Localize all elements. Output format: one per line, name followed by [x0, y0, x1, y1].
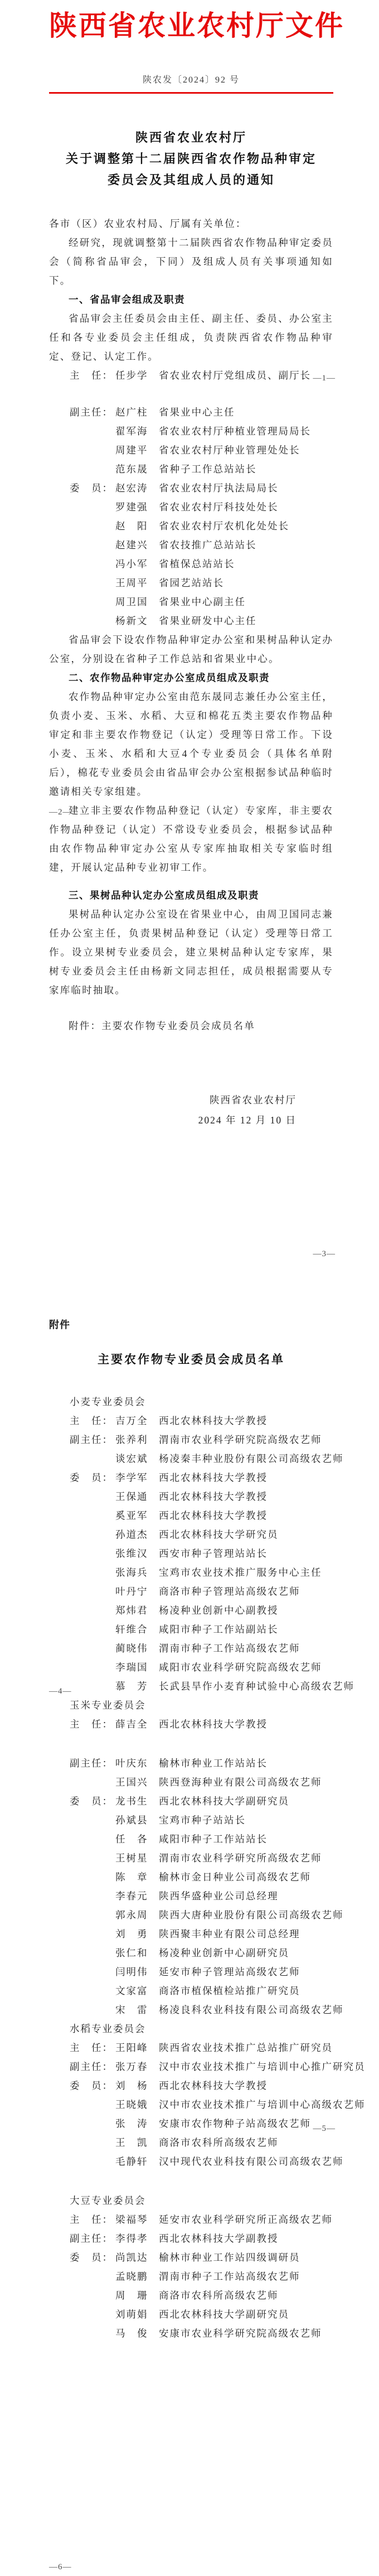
member-row: 王国兴 陕西登海种业有限公司高级农艺师: [49, 1773, 333, 1792]
member-organization: 省种子工作总站站长: [159, 460, 333, 479]
document-content: 陕西省农业农村厅文件 陕农发〔2024〕92 号 陕西省农业农村厅 关于调整第十…: [0, 0, 379, 2343]
member-name: 陈 章: [115, 1868, 159, 1887]
member-organization: 省农业农村厅种业管理处处长: [159, 441, 333, 460]
member-row: 谈宏斌 杨凌秦丰种业股份有限公司高级农艺师: [49, 1449, 333, 1468]
section-3-paragraph-1: 果树品种认定办公室设在省果业中心，由周卫国同志兼任办公室主任，负责果树品种登记（…: [49, 905, 333, 1000]
member-role-label: 主 任：: [70, 1411, 115, 1430]
member-name: 王国兴: [115, 1773, 159, 1792]
committee-wheat-members: 主 任： 吉万全 西北农林科技大学教授 副主任： 张养利 渭南市农业科学研究院高…: [49, 1411, 333, 1696]
member-organization: 省农业农村厅执法局局长: [159, 479, 333, 498]
attachment-label: 附件: [49, 1315, 333, 1334]
member-name: 刘萌娟: [115, 2305, 159, 2324]
member-organization: 西北农林科技大学副研究员: [159, 2305, 333, 2324]
member-role-label: [70, 2305, 115, 2324]
member-row: 张维汉 西安市种子管理站站长: [49, 1544, 333, 1563]
member-role-label: [70, 2114, 115, 2133]
member-name: 宋 雷: [115, 2000, 159, 2019]
member-organization: 西北农林科技大学教授: [159, 1468, 333, 1487]
member-organization: 渭南市种子工作站高级农艺师: [159, 2267, 333, 2286]
member-name: 赵建兴: [115, 536, 159, 554]
member-row: 副主任： 李得孝 西北农林科技大学副教授: [49, 2229, 333, 2248]
letterhead-organ-title: 陕西省农业农村厅文件: [49, 6, 333, 46]
member-name: 李学军: [115, 1468, 159, 1487]
member-organization: 西北农林科技大学教授: [159, 1715, 333, 1734]
member-row: 委 员： 龙书生 西北农林科技大学副研究员: [49, 1792, 333, 1811]
member-role-label: 主 任：: [70, 1715, 115, 1734]
member-organization: 咸阳市农业科学研究院高级农艺师: [159, 1658, 333, 1677]
member-row: 委 员： 刘 杨 西北农林科技大学教授: [49, 2076, 333, 2095]
committee-wheat: 小麦专业委员会 主 任： 吉万全 西北农林科技大学教授 副主任： 张养利: [49, 1392, 333, 1696]
member-row: 周卫国 省果业中心副主任: [49, 592, 333, 611]
member-name: 孙道杰: [115, 1525, 159, 1544]
member-role-label: 副主任：: [70, 2229, 115, 2248]
member-name: 孟晓鹏: [115, 2267, 159, 2286]
member-row: 刘萌娟 西北农林科技大学副研究员: [49, 2305, 333, 2324]
member-name: 赵宏涛: [115, 479, 159, 498]
member-name: 孙斌县: [115, 1811, 159, 1830]
member-row: 毛静轩 汉中现代农业科技有限公司高级农艺师: [49, 2152, 333, 2171]
member-row: 主 任： 梁福琴 延安市农业科学研究所正高级农艺师: [49, 2210, 333, 2229]
member-organization: 省果业中心主任: [159, 403, 333, 422]
member-name: 奚亚军: [115, 1506, 159, 1525]
member-role-label: 副主任：: [70, 1430, 115, 1449]
member-name: 刘 勇: [115, 1924, 159, 1943]
member-name: 王周平: [115, 573, 159, 592]
member-role-label: 委 员：: [70, 479, 115, 498]
member-role-label: 主 任：: [70, 366, 115, 385]
member-role-label: [70, 1639, 115, 1658]
committee-corn-name: 玉米专业委员会: [49, 1696, 333, 1715]
member-role-label: 副主任：: [70, 403, 115, 422]
member-role-label: [70, 1868, 115, 1887]
member-name: 张万春: [115, 2057, 159, 2076]
committee-corn: 玉米专业委员会 主 任： 薛吉全 西北农林科技大学教授 副主任： 叶庆东: [49, 1696, 333, 2019]
member-role-label: [70, 1582, 115, 1601]
member-row: 周 珊 商洛市农科所高级农艺师: [49, 2286, 333, 2305]
member-organization: 延安市种子管理站高级农艺师: [159, 1962, 333, 1981]
member-role-label: [70, 2324, 115, 2343]
member-row: 陈 章 榆林市金日种业公司高级农艺师: [49, 1868, 333, 1887]
member-role-label: [70, 1924, 115, 1943]
member-role-label: [70, 1544, 115, 1563]
doc-title: 陕西省农业农村厅 关于调整第十二届陕西省农作物品种审定 委员会及其组成人员的通知: [49, 127, 333, 191]
member-name: 龙书生: [115, 1792, 159, 1811]
member-organization: 汉中市农业技术推广与培训中心高级农艺师: [159, 2095, 366, 2114]
leadership-member-list: 主 任： 任步学 省农业农村厅党组成员、副厅长 副主任： 赵广柱 省果业中心主任…: [49, 366, 333, 630]
member-name: 慕 芳: [115, 1677, 159, 1696]
member-name: 张维汉: [115, 1544, 159, 1563]
member-organization: 榆林市金日种业公司高级农艺师: [159, 1868, 333, 1887]
member-row: 周建平 省农业农村厅种业管理处处长: [49, 441, 333, 460]
member-row: 王保通 西北农林科技大学教授: [49, 1487, 333, 1506]
committee-soybean-name: 大豆专业委员会: [49, 2191, 333, 2210]
member-organization: 榆林市种业工作站站长: [159, 1754, 333, 1773]
section-3-heading: 三、果树品种认定办公室成员组成及职责: [49, 886, 333, 905]
member-name: 王阳峰: [115, 2038, 159, 2057]
member-organization: 宝鸡市农业技术推广服务中心主任: [159, 1563, 333, 1582]
member-row: 刘 勇 陕西聚丰种业有限公司总经理: [49, 1924, 333, 1943]
member-name: 王晓娥: [115, 2095, 159, 2114]
member-name: 赵广柱: [115, 403, 159, 422]
member-organization: 西北农林科技大学副研究员: [159, 1792, 333, 1811]
member-organization: 延安市农业科学研究所正高级农艺师: [159, 2210, 333, 2229]
member-name: 叶丹宁: [115, 1582, 159, 1601]
member-name: 杨新文: [115, 611, 159, 630]
member-row: 文家富 商洛市植保植检站推广研究员: [49, 1981, 333, 2000]
member-name: 任步学: [115, 366, 159, 385]
member-organization: 陕西聚丰种业有限公司总经理: [159, 1924, 333, 1943]
member-row: 蔺晓伟 渭南市种子工作站高级农艺师: [49, 1639, 333, 1658]
member-organization: 商洛市农科所高级农艺师: [159, 2286, 333, 2305]
member-organization: 汉中市农业技术推广与培训中心推广研究员: [159, 2057, 366, 2076]
member-name: 冯小军: [115, 554, 159, 573]
member-organization: 咸阳市种子工作站站长: [159, 1830, 333, 1849]
member-organization: 杨凌秦丰种业股份有限公司高级农艺师: [159, 1449, 344, 1468]
member-name: 王保通: [115, 1487, 159, 1506]
member-name: 李春元: [115, 1887, 159, 1906]
member-name: 赵 阳: [115, 517, 159, 536]
member-role-label: [70, 2267, 115, 2286]
member-row: 副主任： 张万春 汉中市农业技术推广与培训中心推广研究员: [49, 2057, 333, 2076]
member-role-label: [70, 1943, 115, 1962]
member-organization: 陕西省农业技术推广总站推广研究员: [159, 2038, 333, 2057]
member-role-label: 副主任：: [70, 1754, 115, 1773]
member-organization: 西北农林科技大学副教授: [159, 2229, 333, 2248]
member-name: 叶庆东: [115, 1754, 159, 1773]
member-name: 范东晟: [115, 460, 159, 479]
member-organization: 西安市种子管理站站长: [159, 1544, 333, 1563]
doc-title-line-2: 关于调整第十二届陕西省农作物品种审定: [49, 148, 333, 170]
member-organization: 西北农林科技大学教授: [159, 2076, 333, 2095]
member-name: 周建平: [115, 441, 159, 460]
member-row: 王树星 渭南市农业科学研究所高级农艺师: [49, 1849, 333, 1868]
member-role-label: 副主任：: [70, 2057, 115, 2076]
member-role-label: [70, 517, 115, 536]
member-name: 张海兵: [115, 1563, 159, 1582]
member-role-label: 委 员：: [70, 2248, 115, 2267]
committee-rice: 水稻专业委员会 主 任： 王阳峰 陕西省农业技术推广总站推广研究员 副主任： 张…: [49, 2019, 333, 2171]
salutation: 各市（区）农业农村局、厅属有关单位：: [49, 214, 333, 233]
member-row: 翟军海 省农业农村厅种植业管理局局长: [49, 422, 333, 441]
member-name: 毛静轩: [115, 2152, 159, 2171]
member-role-label: [70, 2133, 115, 2152]
attachment-note: 附件：主要农作物专业委员会成员名单: [49, 1016, 333, 1035]
member-name: 罗建强: [115, 498, 159, 517]
section-1-heading: 一、省品审会组成及职责: [49, 290, 333, 309]
member-row: 王晓娥 汉中市农业技术推广与培训中心高级农艺师: [49, 2095, 333, 2114]
member-name: 梁福琴: [115, 2210, 159, 2229]
member-name: 郑炜君: [115, 1601, 159, 1620]
member-organization: 渭南市农业科学研究所高级农艺师: [159, 1849, 333, 1868]
member-row: 杨新文 省果业研发中心主任: [49, 611, 333, 630]
member-row: 冯小军 省植保总站站长: [49, 554, 333, 573]
member-name: 马 俊: [115, 2324, 159, 2343]
member-row: 奚亚军 西北农林科技大学教授: [49, 1506, 333, 1525]
intro-paragraph: 经研究，现就调整第十二届陕西省农作物品种审定委员会（简称省品审会，下同）及组成人…: [49, 233, 333, 290]
member-row: 慕 芳 长武县旱作小麦育种试验中心高级农艺师: [49, 1677, 333, 1696]
member-organization: 省植保总站站长: [159, 554, 333, 573]
member-row: 范东晟 省种子工作总站站长: [49, 460, 333, 479]
member-row: 罗建强 省农业农村厅科技处处长: [49, 498, 333, 517]
member-organization: 省农业农村厅科技处处长: [159, 498, 333, 517]
member-name: 刘 杨: [115, 2076, 159, 2095]
member-organization: 省果业中心副主任: [159, 592, 333, 611]
section-2-paragraph-1: 农作物品种审定办公室由范东晟同志兼任办公室主任，负责小麦、玉米、水稻、大豆和棉花…: [49, 687, 333, 801]
doc-title-line-3: 委员会及其组成人员的通知: [49, 170, 333, 191]
member-organization: 商洛市农科所高级农艺师: [159, 2133, 333, 2152]
member-row: 委 员： 赵宏涛 省农业农村厅执法局局长: [49, 479, 333, 498]
page-number: —6—: [49, 2563, 72, 2572]
member-name: 李瑞国: [115, 1658, 159, 1677]
section-2-paragraph-2: 建立非主要农作物品种登记（认定）专家库，非主要农作物品种登记（认定）不常设专业委…: [49, 801, 333, 877]
member-row: 张 涛 安康市农作物种子站高级农艺师: [49, 2114, 333, 2133]
member-role-label: [70, 2152, 115, 2171]
member-name: 李得孝: [115, 2229, 159, 2248]
committee-wheat-name: 小麦专业委员会: [49, 1392, 333, 1411]
member-role-label: [70, 1773, 115, 1792]
member-name: 轩维合: [115, 1620, 159, 1639]
member-row: 委 员： 尚凯达 榆林市种业工作站四级调研员: [49, 2248, 333, 2267]
member-role-label: [70, 1830, 115, 1849]
member-name: 王 凯: [115, 2133, 159, 2152]
member-row: 闫明伟 延安市种子管理站高级农艺师: [49, 1962, 333, 1981]
member-role-label: [70, 1658, 115, 1677]
member-role-label: 委 员：: [70, 2076, 115, 2095]
member-row: 李春元 陕西华盛种业公司总经理: [49, 1887, 333, 1906]
member-row: 郑炜君 杨凌种业创新中心副教授: [49, 1601, 333, 1620]
member-name: 蔺晓伟: [115, 1639, 159, 1658]
member-row: 郭永周 陕西大唐种业股份有限公司高级农艺师: [49, 1906, 333, 1924]
member-role-label: [70, 441, 115, 460]
member-name: 张 涛: [115, 2114, 159, 2133]
member-name: 谈宏斌: [115, 1449, 159, 1468]
member-role-label: [70, 1563, 115, 1582]
member-organization: 西北农林科技大学研究员: [159, 1525, 333, 1544]
member-row: 主 任： 薛吉全 西北农林科技大学教授: [49, 1715, 333, 1734]
member-role-label: [70, 573, 115, 592]
member-role-label: 主 任：: [70, 2210, 115, 2229]
member-organization: 省农业农村厅农机化处处长: [159, 517, 333, 536]
member-organization: 长武县旱作小麦育种试验中心高级农艺师: [159, 1677, 354, 1696]
member-organization: 杨凌种业创新中心副教授: [159, 1601, 333, 1620]
doc-title-line-1: 陕西省农业农村厅: [49, 127, 333, 148]
member-name: 王树星: [115, 1849, 159, 1868]
member-name: 周 珊: [115, 2286, 159, 2305]
member-organization: 西北农林科技大学教授: [159, 1487, 333, 1506]
member-name: 吉万全: [115, 1411, 159, 1430]
member-name: 郭永周: [115, 1906, 159, 1924]
member-row: 主 任： 任步学 省农业农村厅党组成员、副厅长: [49, 366, 333, 385]
member-row: 王周平 省园艺站站长: [49, 573, 333, 592]
member-name: 翟军海: [115, 422, 159, 441]
member-row: 副主任： 赵广柱 省果业中心主任: [49, 403, 333, 422]
committee-rice-name: 水稻专业委员会: [49, 2019, 333, 2038]
member-row: 赵 阳 省农业农村厅农机化处处长: [49, 517, 333, 536]
committee-soybean-members: 主 任： 梁福琴 延安市农业科学研究所正高级农艺师 副主任： 李得孝 西北农林科…: [49, 2210, 333, 2343]
member-row: 叶丹宁 商洛市种子管理站高级农艺师: [49, 1582, 333, 1601]
member-row: 王 凯 商洛市农科所高级农艺师: [49, 2133, 333, 2152]
member-role-label: [70, 2095, 115, 2114]
member-role-label: 主 任：: [70, 2038, 115, 2057]
member-role-label: [70, 422, 115, 441]
committee-soybean: 大豆专业委员会 主 任： 梁福琴 延安市农业科学研究所正高级农艺师 副主任： 李…: [49, 2191, 333, 2343]
member-row: 主 任： 吉万全 西北农林科技大学教授: [49, 1411, 333, 1430]
member-organization: 商洛市种子管理站高级农艺师: [159, 1582, 333, 1601]
member-row: 副主任： 张养利 渭南市农业科学研究院高级农艺师: [49, 1430, 333, 1449]
doc-number: 陕农发〔2024〕92 号: [49, 73, 333, 85]
member-role-label: [70, 1849, 115, 1868]
member-organization: 陕西华盛种业公司总经理: [159, 1887, 333, 1906]
signature-date: 2024 年 12 月 10 日: [49, 1110, 297, 1130]
member-role-label: [70, 536, 115, 554]
doc-body: 各市（区）农业农村局、厅属有关单位： 经研究，现就调整第十二届陕西省农作物品种审…: [49, 214, 333, 2343]
member-organization: 省农业农村厅种植业管理局局长: [159, 422, 333, 441]
attachment-title: 主要农作物专业委员会成员名单: [49, 1349, 333, 1370]
member-role-label: 委 员：: [70, 1468, 115, 1487]
committee-rice-members: 主 任： 王阳峰 陕西省农业技术推广总站推广研究员 副主任： 张万春 汉中市农业…: [49, 2038, 333, 2171]
member-organization: 杨凌良科农业科技有限公司高级农艺师: [159, 2000, 344, 2019]
member-role-label: [70, 1525, 115, 1544]
member-row: 副主任： 叶庆东 榆林市种业工作站站长: [49, 1754, 333, 1773]
member-row: 孟晓鹏 渭南市种子工作站高级农艺师: [49, 2267, 333, 2286]
member-role-label: [70, 1449, 115, 1468]
member-organization: 安康市农业科学研究院高级农艺师: [159, 2324, 333, 2343]
member-name: 任 各: [115, 1830, 159, 1849]
page-number-label: —6—: [49, 2563, 72, 2572]
member-organization: 省农业农村厅党组成员、副厅长: [159, 366, 333, 385]
member-organization: 省果业研发中心主任: [159, 611, 333, 630]
member-organization: 宝鸡市种子站站长: [159, 1811, 333, 1830]
member-row: 委 员： 李学军 西北农林科技大学教授: [49, 1468, 333, 1487]
member-organization: 商洛市植保植检站推广研究员: [159, 1981, 333, 2000]
member-role-label: 委 员：: [70, 1792, 115, 1811]
member-organization: 杨凌种业创新中心副研究员: [159, 1943, 333, 1962]
member-role-label: [70, 1601, 115, 1620]
member-row: 赵建兴 省农技推广总站站长: [49, 536, 333, 554]
document-page: 陕西省农业农村厅文件 陕农发〔2024〕92 号 陕西省农业农村厅 关于调整第十…: [0, 0, 379, 2576]
member-organization: 陕西大唐种业股份有限公司高级农艺师: [159, 1906, 344, 1924]
member-role-label: [70, 592, 115, 611]
member-name: 尚凯达: [115, 2248, 159, 2267]
member-organization: 渭南市种子工作站高级农艺师: [159, 1639, 333, 1658]
member-organization: 西北农林科技大学教授: [159, 1411, 333, 1430]
member-role-label: [70, 1811, 115, 1830]
member-role-label: [70, 460, 115, 479]
member-row: 任 各 咸阳市种子工作站站长: [49, 1830, 333, 1849]
member-organization: 榆林市种业工作站四级调研员: [159, 2248, 333, 2267]
member-row: 主 任： 王阳峰 陕西省农业技术推广总站推广研究员: [49, 2038, 333, 2057]
committee-corn-members: 主 任： 薛吉全 西北农林科技大学教授 副主任： 叶庆东 榆林市种业工作站站长: [49, 1715, 333, 2019]
member-organization: 咸阳市种子工作站副站长: [159, 1620, 333, 1639]
member-row: 孙道杰 西北农林科技大学研究员: [49, 1525, 333, 1544]
member-organization: 陕西登海种业有限公司高级农艺师: [159, 1773, 333, 1792]
member-role-label: [70, 1620, 115, 1639]
member-role-label: [70, 554, 115, 573]
member-name: 周卫国: [115, 592, 159, 611]
member-row: 宋 雷 杨凌良科农业科技有限公司高级农艺师: [49, 2000, 333, 2019]
member-organization: 渭南市农业科学研究院高级农艺师: [159, 1430, 333, 1449]
member-role-label: [70, 611, 115, 630]
red-divider: [49, 92, 333, 94]
member-name: 文家富: [115, 1981, 159, 2000]
signature-block: 陕西省农业农村厅 2024 年 12 月 10 日: [49, 1090, 333, 1130]
member-role-label: [70, 2286, 115, 2305]
member-row: 李瑞国 咸阳市农业科学研究院高级农艺师: [49, 1658, 333, 1677]
section-1-paragraph-2: 省品审会下设农作物品种审定办公室和果树品种认定办公室，分别设在省种子工作总站和省…: [49, 630, 333, 668]
member-organization: 汉中现代农业科技有限公司高级农艺师: [159, 2152, 344, 2171]
member-row: 张海兵 宝鸡市农业技术推广服务中心主任: [49, 1563, 333, 1582]
member-role-label: [70, 1887, 115, 1906]
member-role-label: [70, 1981, 115, 2000]
member-row: 张仁和 杨凌种业创新中心副研究员: [49, 1943, 333, 1962]
member-row: 孙斌县 宝鸡市种子站站长: [49, 1811, 333, 1830]
member-name: 薛吉全: [115, 1715, 159, 1734]
member-row: 轩维合 咸阳市种子工作站副站长: [49, 1620, 333, 1639]
member-role-label: [70, 2000, 115, 2019]
member-role-label: [70, 1487, 115, 1506]
member-role-label: [70, 1962, 115, 1981]
member-organization: 安康市农作物种子站高级农艺师: [159, 2114, 333, 2133]
member-organization: 省园艺站站长: [159, 573, 333, 592]
member-row: 马 俊 安康市农业科学研究院高级农艺师: [49, 2324, 333, 2343]
member-name: 闫明伟: [115, 1962, 159, 1981]
signature-organ: 陕西省农业农村厅: [49, 1090, 297, 1110]
member-role-label: [70, 1677, 115, 1696]
member-role-label: [70, 498, 115, 517]
section-1-paragraph-1: 省品审会主任委员会由主任、副主任、委员、办公室主任和各专业委员会主任组成，负责陕…: [49, 309, 333, 366]
section-2-heading: 二、农作物品种审定办公室成员组成及职责: [49, 668, 333, 687]
member-role-label: [70, 1506, 115, 1525]
member-name: 张养利: [115, 1430, 159, 1449]
member-name: 张仁和: [115, 1943, 159, 1962]
member-organization: 省农技推广总站站长: [159, 536, 333, 554]
member-organization: 西北农林科技大学教授: [159, 1506, 333, 1525]
member-role-label: [70, 1906, 115, 1924]
